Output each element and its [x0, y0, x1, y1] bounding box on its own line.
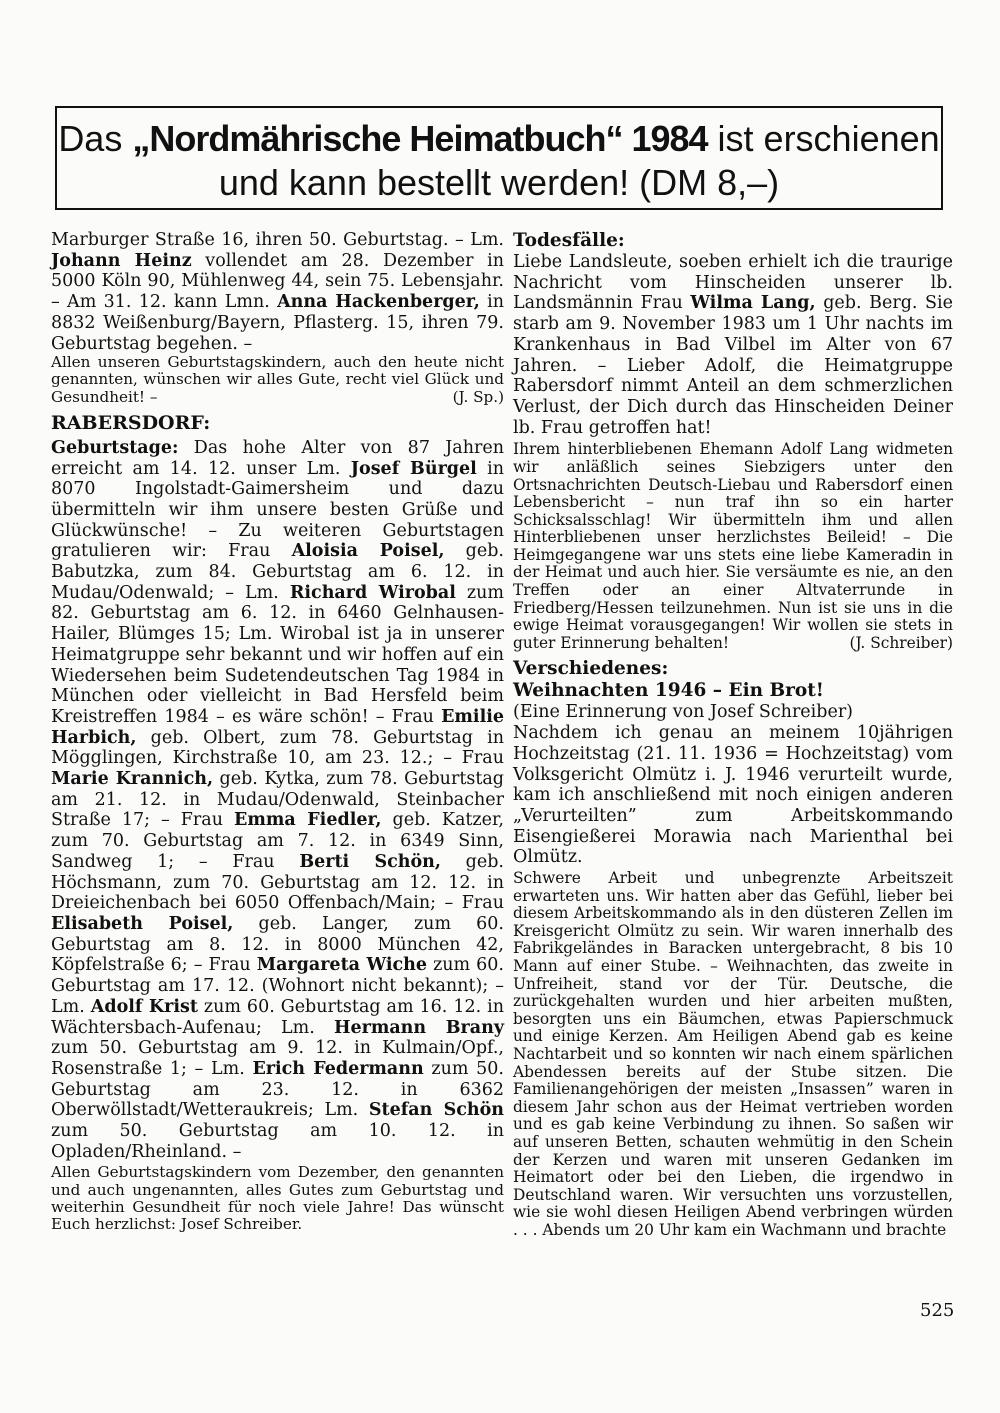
greeting-signature: (J. Sp.) [453, 389, 504, 406]
text-run: zum 50. Geburtstag am 10. 12. in Opladen… [51, 1121, 504, 1162]
page-number: 525 [920, 1300, 954, 1321]
story-paragraph-1: Nachdem ich genau an meinem 10jährigen H… [513, 723, 953, 868]
bold-name: Anna Hackenberger, [277, 292, 480, 312]
bold-name: Geburtstage: [51, 438, 178, 458]
announcement-banner: Das „Nordmährische Heimatbuch“ 1984 ist … [55, 106, 943, 210]
banner-suffix: ist erschienen [708, 118, 940, 159]
birthday-greeting-1: Allen unseren Geburtstagskindern, auch d… [51, 354, 504, 406]
bold-name: Adolf Krist [91, 997, 198, 1017]
bold-name: Elisabeth Poisel, [51, 914, 233, 934]
banner-book-title: „Nordmährische Heimatbuch“ 1984 [132, 118, 707, 159]
banner-line-1: Das „Nordmährische Heimatbuch“ 1984 ist … [57, 120, 941, 158]
deaths-paragraph: Liebe Landsleute, soeben erhielt ich die… [513, 252, 953, 438]
condolence-text: Ihrem hinterbliebenen Ehemann Adolf Lang… [513, 440, 953, 652]
bold-name: Johann Heinz [51, 251, 192, 271]
condolence-signature: (J. Schreiber) [849, 635, 953, 653]
deaths-condolence: Ihrem hinterbliebenen Ehemann Adolf Lang… [513, 441, 953, 652]
deaths-heading: Todesfälle: [513, 230, 953, 252]
greeting-text: Allen unseren Geburtstagskindern, auch d… [51, 353, 504, 405]
bold-name: Emma Fiedler, [234, 810, 382, 830]
birthday-paragraph-2: Geburtstage: Das hohe Alter von 87 Jahre… [51, 438, 504, 1163]
left-column: Marburger Straße 16, ihren 50. Geburtsta… [51, 230, 504, 1233]
bold-name: Berti Schön, [299, 852, 441, 872]
text-run: zum 82. Geburtstag am 6. 12. in 6460 Gel… [51, 583, 504, 727]
text-run: Marburger Straße 16, ihren 50. Geburtsta… [51, 230, 504, 250]
story-subtitle: (Eine Erinnerung von Josef Schreiber) [513, 702, 953, 723]
birthday-paragraph-1: Marburger Straße 16, ihren 50. Geburtsta… [51, 230, 504, 354]
story-title: Weihnachten 1946 – Ein Brot! [513, 680, 953, 702]
bold-name: Hermann Brany [334, 1018, 504, 1038]
bold-name: Erich Federmann [252, 1059, 423, 1079]
banner-prefix: Das [58, 118, 132, 159]
section-heading-rabersdorf: RABERSDORF: [51, 412, 504, 434]
birthday-greeting-2: Allen Geburtstagskindern vom Dezember, d… [51, 1164, 504, 1233]
bold-name: Marie Krannich, [51, 769, 213, 789]
bold-name: Richard Wirobal [290, 583, 456, 603]
story-paragraph-2: Schwere Arbeit und unbegrenzte Arbeitsze… [513, 870, 953, 1239]
bold-name: Margareta Wiche [257, 955, 427, 975]
banner-line-2: und kann bestellt werden! (DM 8,–) [57, 164, 941, 202]
misc-heading: Verschiedenes: [513, 658, 953, 680]
bold-name: Aloisia Poisel, [292, 541, 445, 561]
right-column: Todesfälle: Liebe Landsleute, soeben erh… [513, 230, 953, 1240]
bold-name: Stefan Schön [369, 1100, 504, 1120]
text-run: geb. Berg. Sie starb am 9. November 1983… [513, 293, 953, 437]
bold-name: Josef Bürgel [351, 459, 477, 479]
bold-name: Wilma Lang, [690, 293, 815, 313]
